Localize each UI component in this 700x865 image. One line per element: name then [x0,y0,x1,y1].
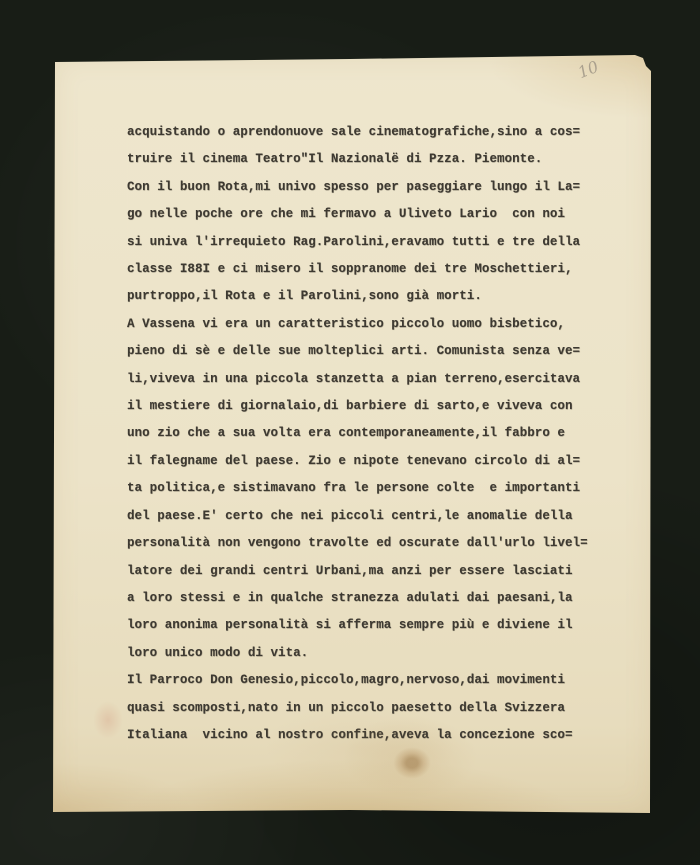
text-line: si univa l'irrequieto Rag.Parolini,erava… [127,229,597,256]
text-line: del paese.E' certo che nei piccoli centr… [127,503,597,530]
text-line: classe I88I e ci misero il soppranome de… [127,256,597,283]
text-line: il mestiere di giornalaio,di barbiere di… [127,393,597,420]
text-line: go nelle poche ore che mi fermavo a Uliv… [127,201,597,228]
text-line: a loro stessi e in qualche stranezza adu… [127,585,597,612]
text-line: li,viveva in una piccola stanzetta a pia… [127,366,597,393]
text-line: pieno di sè e delle sue molteplici arti.… [127,338,597,365]
text-line: Con il buon Rota,mi univo spesso per pas… [127,174,597,201]
text-line: loro anonima personalità si afferma semp… [127,612,597,639]
text-line: personalità non vengono travolte ed oscu… [127,530,597,557]
text-line: ta politica,e sistimavano fra le persone… [127,475,597,502]
text-line: uno zio che a sua volta era contemporane… [127,420,597,447]
text-line: il falegname del paese. Zio e nipote ten… [127,448,597,475]
photo-background: 10 acquistando o aprendonuove sale cinem… [0,0,700,865]
text-line: quasi scomposti,nato in un piccolo paese… [127,695,597,722]
text-line: acquistando o aprendonuove sale cinemato… [127,119,597,146]
text-line: A Vassena vi era un caratteristico picco… [127,311,597,338]
text-line: truire il cinema Teatro"Il Nazionalë di … [127,146,597,173]
text-line: latore dei grandi centri Urbani,ma anzi … [127,558,597,585]
typewritten-text-block: acquistando o aprendonuove sale cinemato… [127,119,597,749]
document-page: 10 acquistando o aprendonuove sale cinem… [50,52,654,816]
text-line: Italiana vicino al nostro confine,aveva … [127,722,597,749]
text-line: purtroppo,il Rota e il Parolini,sono già… [127,283,597,310]
handwritten-page-number: 10 [575,57,601,82]
text-line: loro unico modo di vita. [127,640,597,667]
text-line: Il Parroco Don Genesio,piccolo,magro,ner… [127,667,597,694]
